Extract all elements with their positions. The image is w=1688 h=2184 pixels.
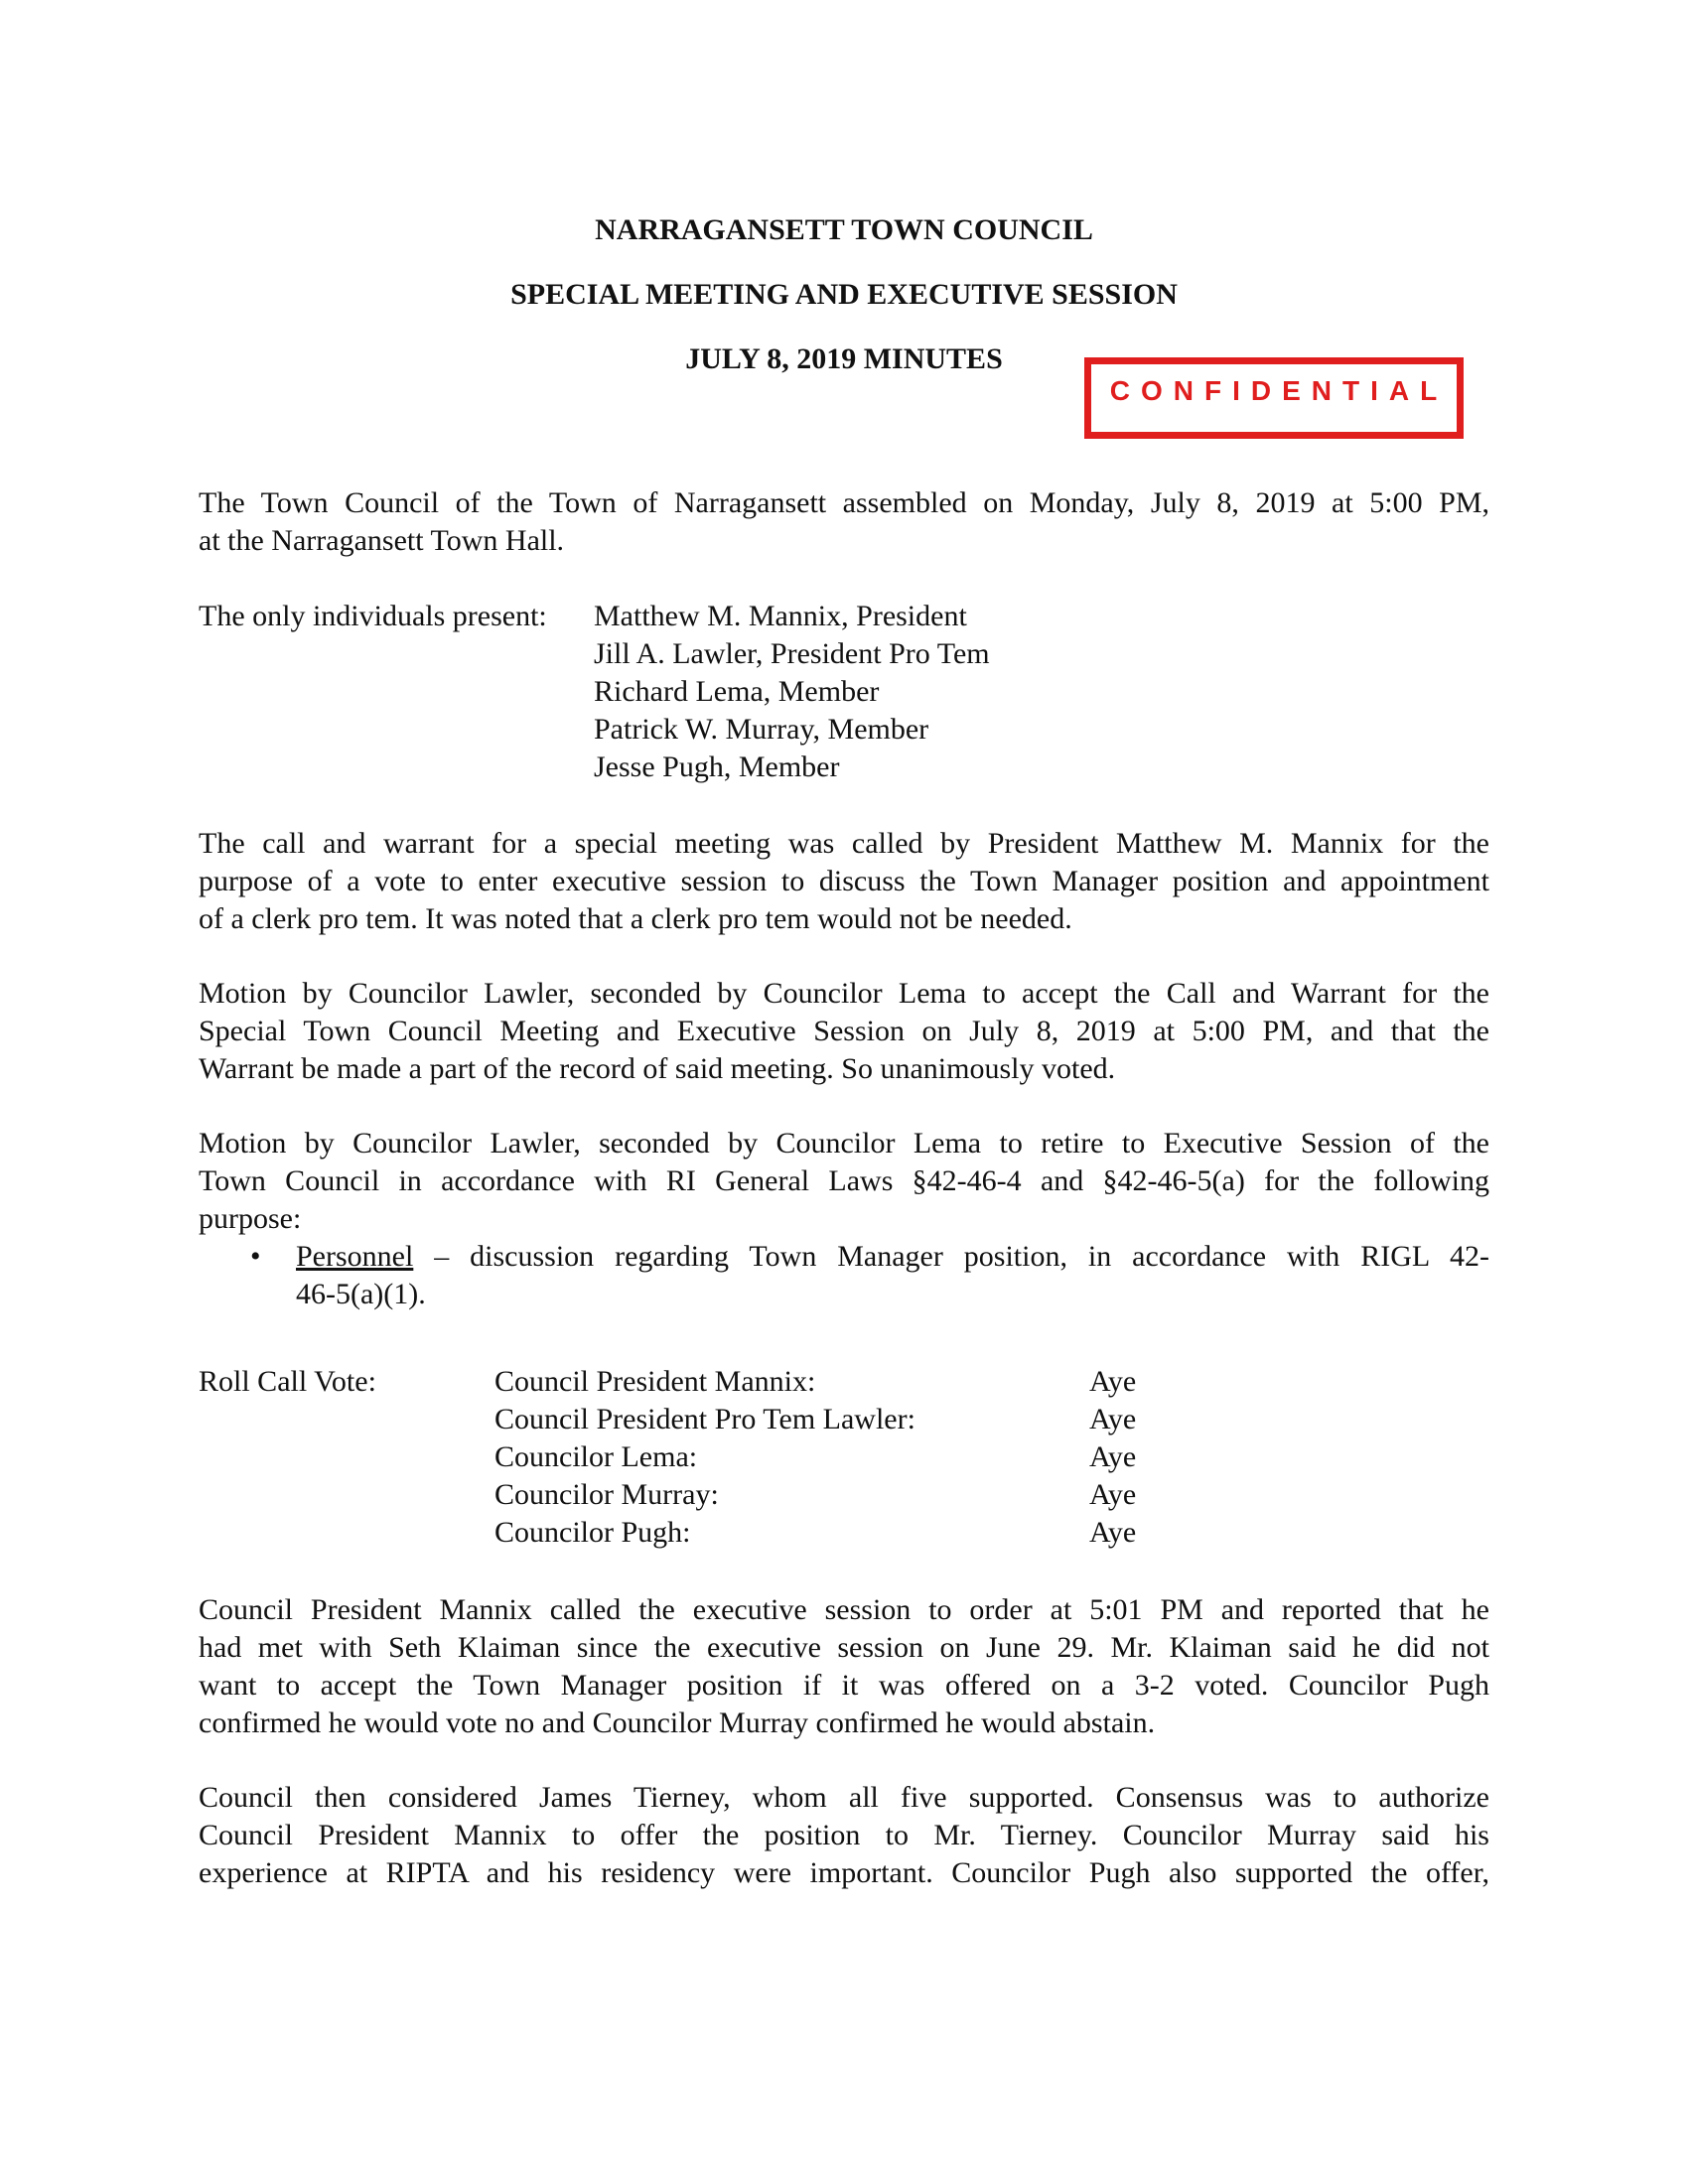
text-line: The call and warrant for a special meeti… bbox=[199, 825, 1489, 863]
call-warrant-paragraph: The call and warrant for a special meeti… bbox=[199, 825, 1489, 938]
vote-member: Council President Pro Tem Lawler: bbox=[494, 1401, 915, 1438]
text-line: Council President Mannix called the exec… bbox=[199, 1591, 1489, 1629]
bullet-text: Personnel – discussion regarding Town Ma… bbox=[296, 1238, 1489, 1313]
text-line: at the Narragansett Town Hall. bbox=[199, 522, 1489, 560]
vote-member: Council President Mannix: bbox=[494, 1363, 815, 1401]
text-line: Warrant be made a part of the record of … bbox=[199, 1050, 1489, 1088]
vote-member: Councilor Pugh: bbox=[494, 1514, 691, 1552]
text-line: want to accept the Town Manager position… bbox=[199, 1667, 1489, 1705]
text-line: 46-5(a)(1). bbox=[296, 1276, 1489, 1313]
intro-paragraph: The Town Council of the Town of Narragan… bbox=[199, 484, 1489, 560]
council-title: NARRAGANSETT TOWN COUNCIL bbox=[0, 212, 1688, 248]
confidential-stamp: CONFIDENTIAL bbox=[1084, 357, 1464, 439]
vote-row: Council President Mannix: Aye bbox=[199, 1363, 1192, 1401]
text-line: The Town Council of the Town of Narragan… bbox=[199, 484, 1489, 522]
attendee: Patrick W. Murray, Member bbox=[594, 711, 990, 749]
text-line: of a clerk pro tem. It was noted that a … bbox=[199, 900, 1489, 938]
tierney-paragraph: Council then considered James Tierney, w… bbox=[199, 1779, 1489, 1892]
bullet-icon: • bbox=[250, 1238, 261, 1276]
text-line: Council then considered James Tierney, w… bbox=[199, 1779, 1489, 1817]
confidential-stamp-text: CONFIDENTIAL bbox=[1110, 375, 1448, 407]
vote-member: Councilor Murray: bbox=[494, 1476, 719, 1514]
attendee: Richard Lema, Member bbox=[594, 673, 990, 711]
attendee: Jill A. Lawler, President Pro Tem bbox=[594, 635, 990, 673]
meeting-type-title: SPECIAL MEETING AND EXECUTIVE SESSION bbox=[0, 277, 1688, 313]
session-report-paragraph: Council President Mannix called the exec… bbox=[199, 1591, 1489, 1742]
vote-value: Aye bbox=[1089, 1438, 1136, 1476]
attendee: Jesse Pugh, Member bbox=[594, 749, 990, 786]
attendee: Matthew M. Mannix, President bbox=[594, 598, 990, 635]
motion-executive-session-paragraph: Motion by Councilor Lawler, seconded by … bbox=[199, 1125, 1489, 1238]
text-line: purpose of a vote to enter executive ses… bbox=[199, 863, 1489, 900]
vote-value: Aye bbox=[1089, 1476, 1136, 1514]
text-line: Special Town Council Meeting and Executi… bbox=[199, 1013, 1489, 1050]
document-page: NARRAGANSETT TOWN COUNCIL SPECIAL MEETIN… bbox=[0, 0, 1688, 2184]
attendance-label: The only individuals present: bbox=[199, 598, 547, 635]
vote-row: Council President Pro Tem Lawler: Aye bbox=[199, 1401, 1192, 1438]
purpose-term: Personnel bbox=[296, 1240, 413, 1273]
motion-accept-warrant-paragraph: Motion by Councilor Lawler, seconded by … bbox=[199, 975, 1489, 1088]
attendee-names: Matthew M. Mannix, President Jill A. Law… bbox=[594, 598, 990, 786]
vote-member: Councilor Lema: bbox=[494, 1438, 697, 1476]
text-line: purpose: bbox=[199, 1200, 1489, 1238]
text-line: had met with Seth Klaiman since the exec… bbox=[199, 1629, 1489, 1667]
text-line: Personnel – discussion regarding Town Ma… bbox=[296, 1238, 1489, 1276]
text-line: Council President Mannix to offer the po… bbox=[199, 1817, 1489, 1854]
text-line: Motion by Councilor Lawler, seconded by … bbox=[199, 1125, 1489, 1162]
text-line: Town Council in accordance with RI Gener… bbox=[199, 1162, 1489, 1200]
text-line: confirmed he would vote no and Councilor… bbox=[199, 1705, 1489, 1742]
vote-value: Aye bbox=[1089, 1363, 1136, 1401]
text-line: Motion by Councilor Lawler, seconded by … bbox=[199, 975, 1489, 1013]
text-line: experience at RIPTA and his residency we… bbox=[199, 1854, 1489, 1892]
purpose-description: – discussion regarding Town Manager posi… bbox=[413, 1240, 1489, 1273]
vote-row: Councilor Murray: Aye bbox=[199, 1476, 1192, 1514]
vote-row: Councilor Pugh: Aye bbox=[199, 1514, 1192, 1552]
vote-row: Councilor Lema: Aye bbox=[199, 1438, 1192, 1476]
vote-value: Aye bbox=[1089, 1401, 1136, 1438]
vote-value: Aye bbox=[1089, 1514, 1136, 1552]
